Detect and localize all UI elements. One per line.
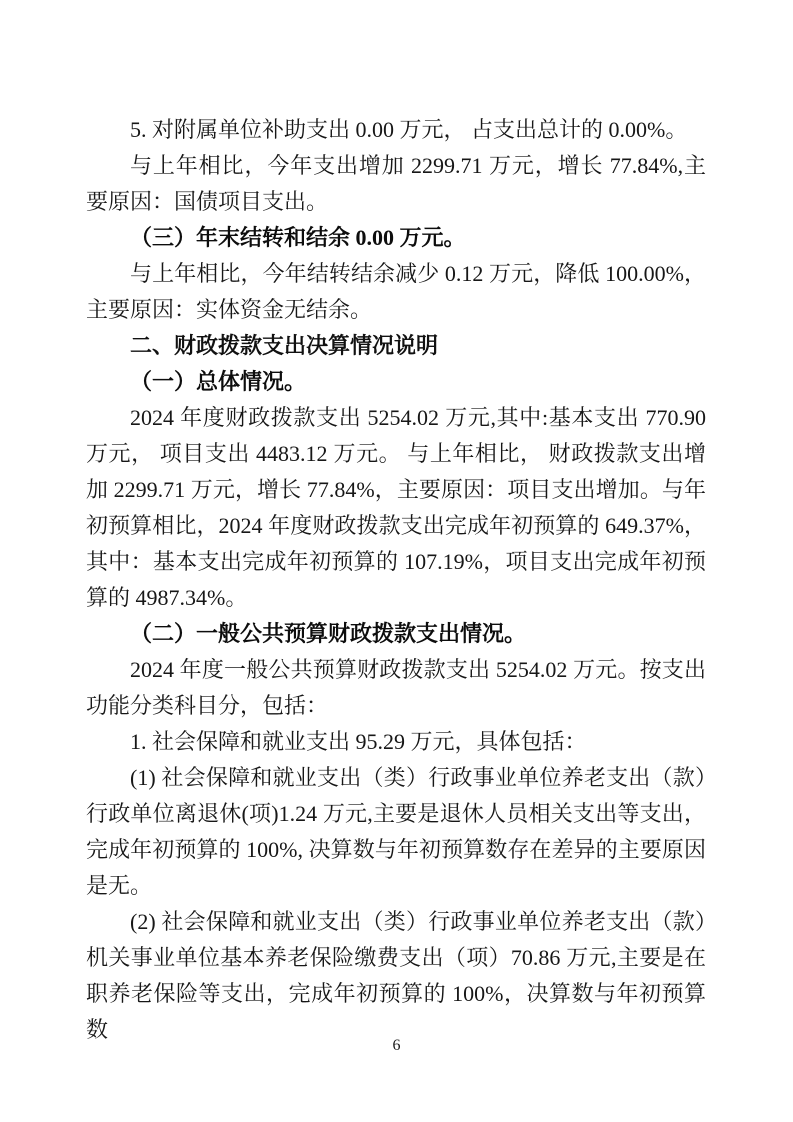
heading-section-two-fiscal-appropriation: 二、财政拨款支出决算情况说明 bbox=[86, 328, 706, 364]
page-footer: 6 bbox=[0, 1036, 793, 1056]
paragraph-general-public-budget-total: 2024 年度一般公共预算财政拨款支出 5254.02 万元。按支出功能分类科目… bbox=[86, 652, 706, 724]
paragraph-subsidy-expense: 5. 对附属单位补助支出 0.00 万元， 占支出总计的 0.00%。 bbox=[86, 112, 706, 148]
page-number: 6 bbox=[393, 1037, 401, 1054]
paragraph-yearly-comparison-expense: 与上年相比，今年支出增加 2299.71 万元，增长 77.84%,主要原因：国… bbox=[86, 148, 706, 220]
paragraph-social-security-total: 1. 社会保障和就业支出 95.29 万元，具体包括： bbox=[86, 724, 706, 760]
heading-carryover-balance: （三）年末结转和结余 0.00 万元。 bbox=[86, 220, 706, 256]
paragraph-fiscal-appropriation-details: 2024 年度财政拨款支出 5254.02 万元,其中:基本支出 770.90 … bbox=[86, 400, 706, 616]
paragraph-carryover-comparison: 与上年相比，今年结转结余减少 0.12 万元，降低 100.00%，主要原因：实… bbox=[86, 256, 706, 328]
paragraph-item-2-pension-insurance: (2) 社会保障和就业支出（类）行政事业单位养老支出（款）机关事业单位基本养老保… bbox=[86, 904, 706, 1048]
document-page: 5. 对附属单位补助支出 0.00 万元， 占支出总计的 0.00%。 与上年相… bbox=[0, 0, 793, 1122]
paragraph-item-1-retirement-expense: (1) 社会保障和就业支出（类）行政事业单位养老支出（款）行政单位离退休(项)1… bbox=[86, 760, 706, 904]
heading-overall-situation: （一）总体情况。 bbox=[86, 364, 706, 400]
heading-general-public-budget-expense: （二）一般公共预算财政拨款支出情况。 bbox=[86, 616, 706, 652]
document-body: 5. 对附属单位补助支出 0.00 万元， 占支出总计的 0.00%。 与上年相… bbox=[86, 112, 706, 1048]
